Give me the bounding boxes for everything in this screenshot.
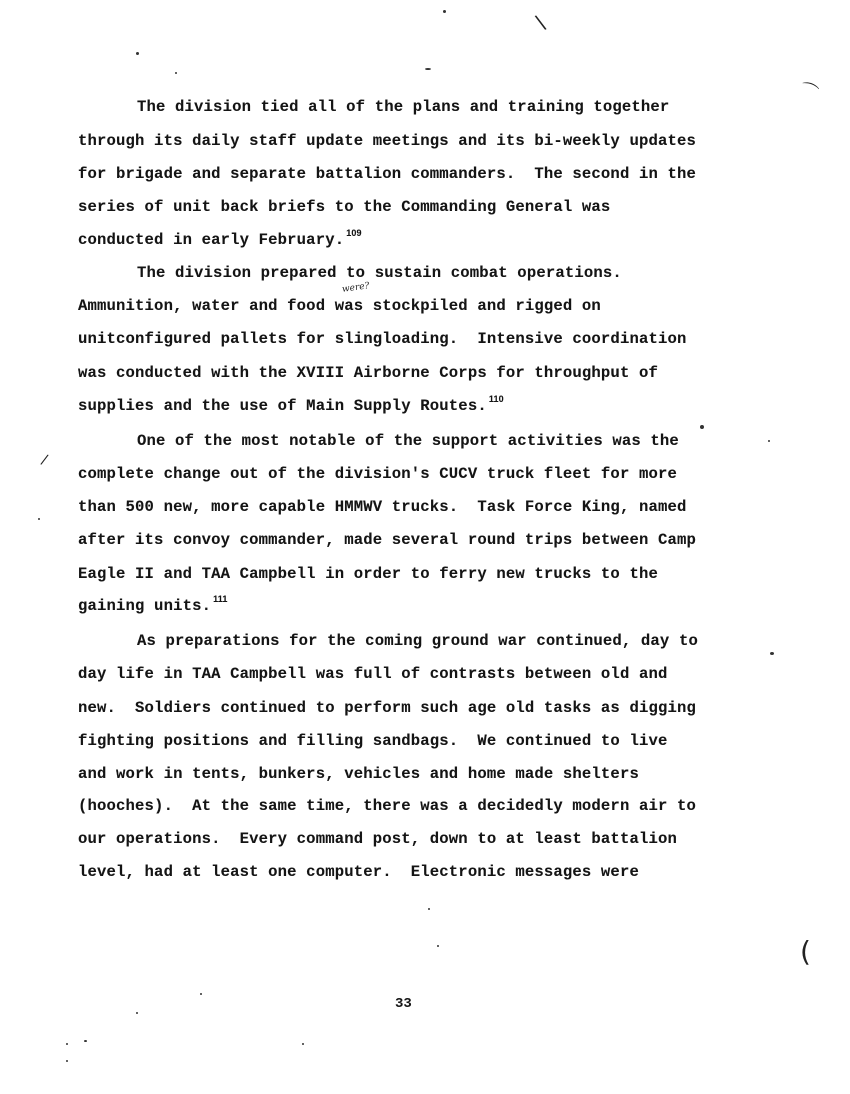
scan-speck-icon xyxy=(302,1043,304,1045)
paragraph-2-line-4: was conducted with the XVIII Airborne Co… xyxy=(78,363,658,383)
scan-speck-icon xyxy=(136,1012,138,1014)
scan-speck-icon xyxy=(136,52,139,55)
footnote-marker: 111 xyxy=(213,594,227,604)
scan-speck-icon xyxy=(700,425,704,429)
page-number: 33 xyxy=(395,996,412,1012)
scan-speck-icon xyxy=(66,1060,68,1062)
paragraph-3-line-4: after its convoy commander, made several… xyxy=(78,530,696,550)
paragraph-1-line-1: The division tied all of the plans and t… xyxy=(137,97,669,117)
scan-speck-icon xyxy=(200,993,202,995)
scan-speck-icon xyxy=(66,1043,68,1045)
scan-speck-icon xyxy=(175,72,177,74)
footnote-marker: 110 xyxy=(489,394,504,404)
footnote-marker: 109 xyxy=(346,228,361,238)
paragraph-3-line-1: One of the most notable of the support a… xyxy=(137,431,679,451)
paragraph-3-line-2: complete change out of the division's CU… xyxy=(78,464,677,484)
scan-speck-icon xyxy=(425,68,431,70)
paragraph-2-line-2: Ammunition, water and food was stockpile… xyxy=(78,296,601,316)
paragraph-3-line-3: than 500 new, more capable HMMWV trucks.… xyxy=(78,497,687,517)
scan-speck-icon xyxy=(443,10,446,13)
scan-speck-icon xyxy=(84,1040,87,1042)
paragraph-4-line-7: our operations. Every command post, down… xyxy=(78,829,677,849)
paragraph-4-line-3: new. Soldiers continued to perform such … xyxy=(78,698,696,718)
paragraph-4-line-6: (hooches). At the same time, there was a… xyxy=(78,796,696,816)
paragraph-1-line-5: conducted in early February.109 xyxy=(78,230,362,250)
paragraph-2-line-5: supplies and the use of Main Supply Rout… xyxy=(78,396,504,416)
paragraph-1-line-2: through its daily staff update meetings … xyxy=(78,131,696,151)
paragraph-1-line-3: for brigade and separate battalion comma… xyxy=(78,164,696,184)
scan-mark-icon: ⌒ xyxy=(796,76,822,107)
scan-speck-icon xyxy=(770,652,774,655)
scan-speck-icon xyxy=(428,908,430,910)
paragraph-2-line-3: unitconfigured pallets for slingloading.… xyxy=(78,329,687,349)
scan-mark-icon: \ xyxy=(533,10,548,35)
scan-speck-icon xyxy=(768,440,770,442)
paragraph-4-line-2: day life in TAA Campbell was full of con… xyxy=(78,664,667,684)
scan-speck-icon xyxy=(437,945,439,947)
paragraph-4-line-8: level, had at least one computer. Electr… xyxy=(78,862,639,882)
paragraph-4-line-1: As preparations for the coming ground wa… xyxy=(137,631,698,651)
handwritten-annotation: were? xyxy=(341,281,370,295)
document-page: The division tied all of the plans and t… xyxy=(0,0,850,1094)
paragraph-4-line-5: and work in tents, bunkers, vehicles and… xyxy=(78,764,639,784)
scan-mark-icon: / xyxy=(39,452,49,469)
paragraph-4-line-4: fighting positions and filling sandbags.… xyxy=(78,731,667,751)
scan-mark-icon: ( xyxy=(800,935,811,968)
paragraph-3-line-5: Eagle II and TAA Campbell in order to fe… xyxy=(78,564,658,584)
paragraph-3-line-6: gaining units.111 xyxy=(78,596,228,616)
paragraph-1-line-4: series of unit back briefs to the Comman… xyxy=(78,197,610,217)
paragraph-2-line-1: The division prepared to sustain combat … xyxy=(137,263,622,283)
scan-speck-icon xyxy=(38,518,40,520)
